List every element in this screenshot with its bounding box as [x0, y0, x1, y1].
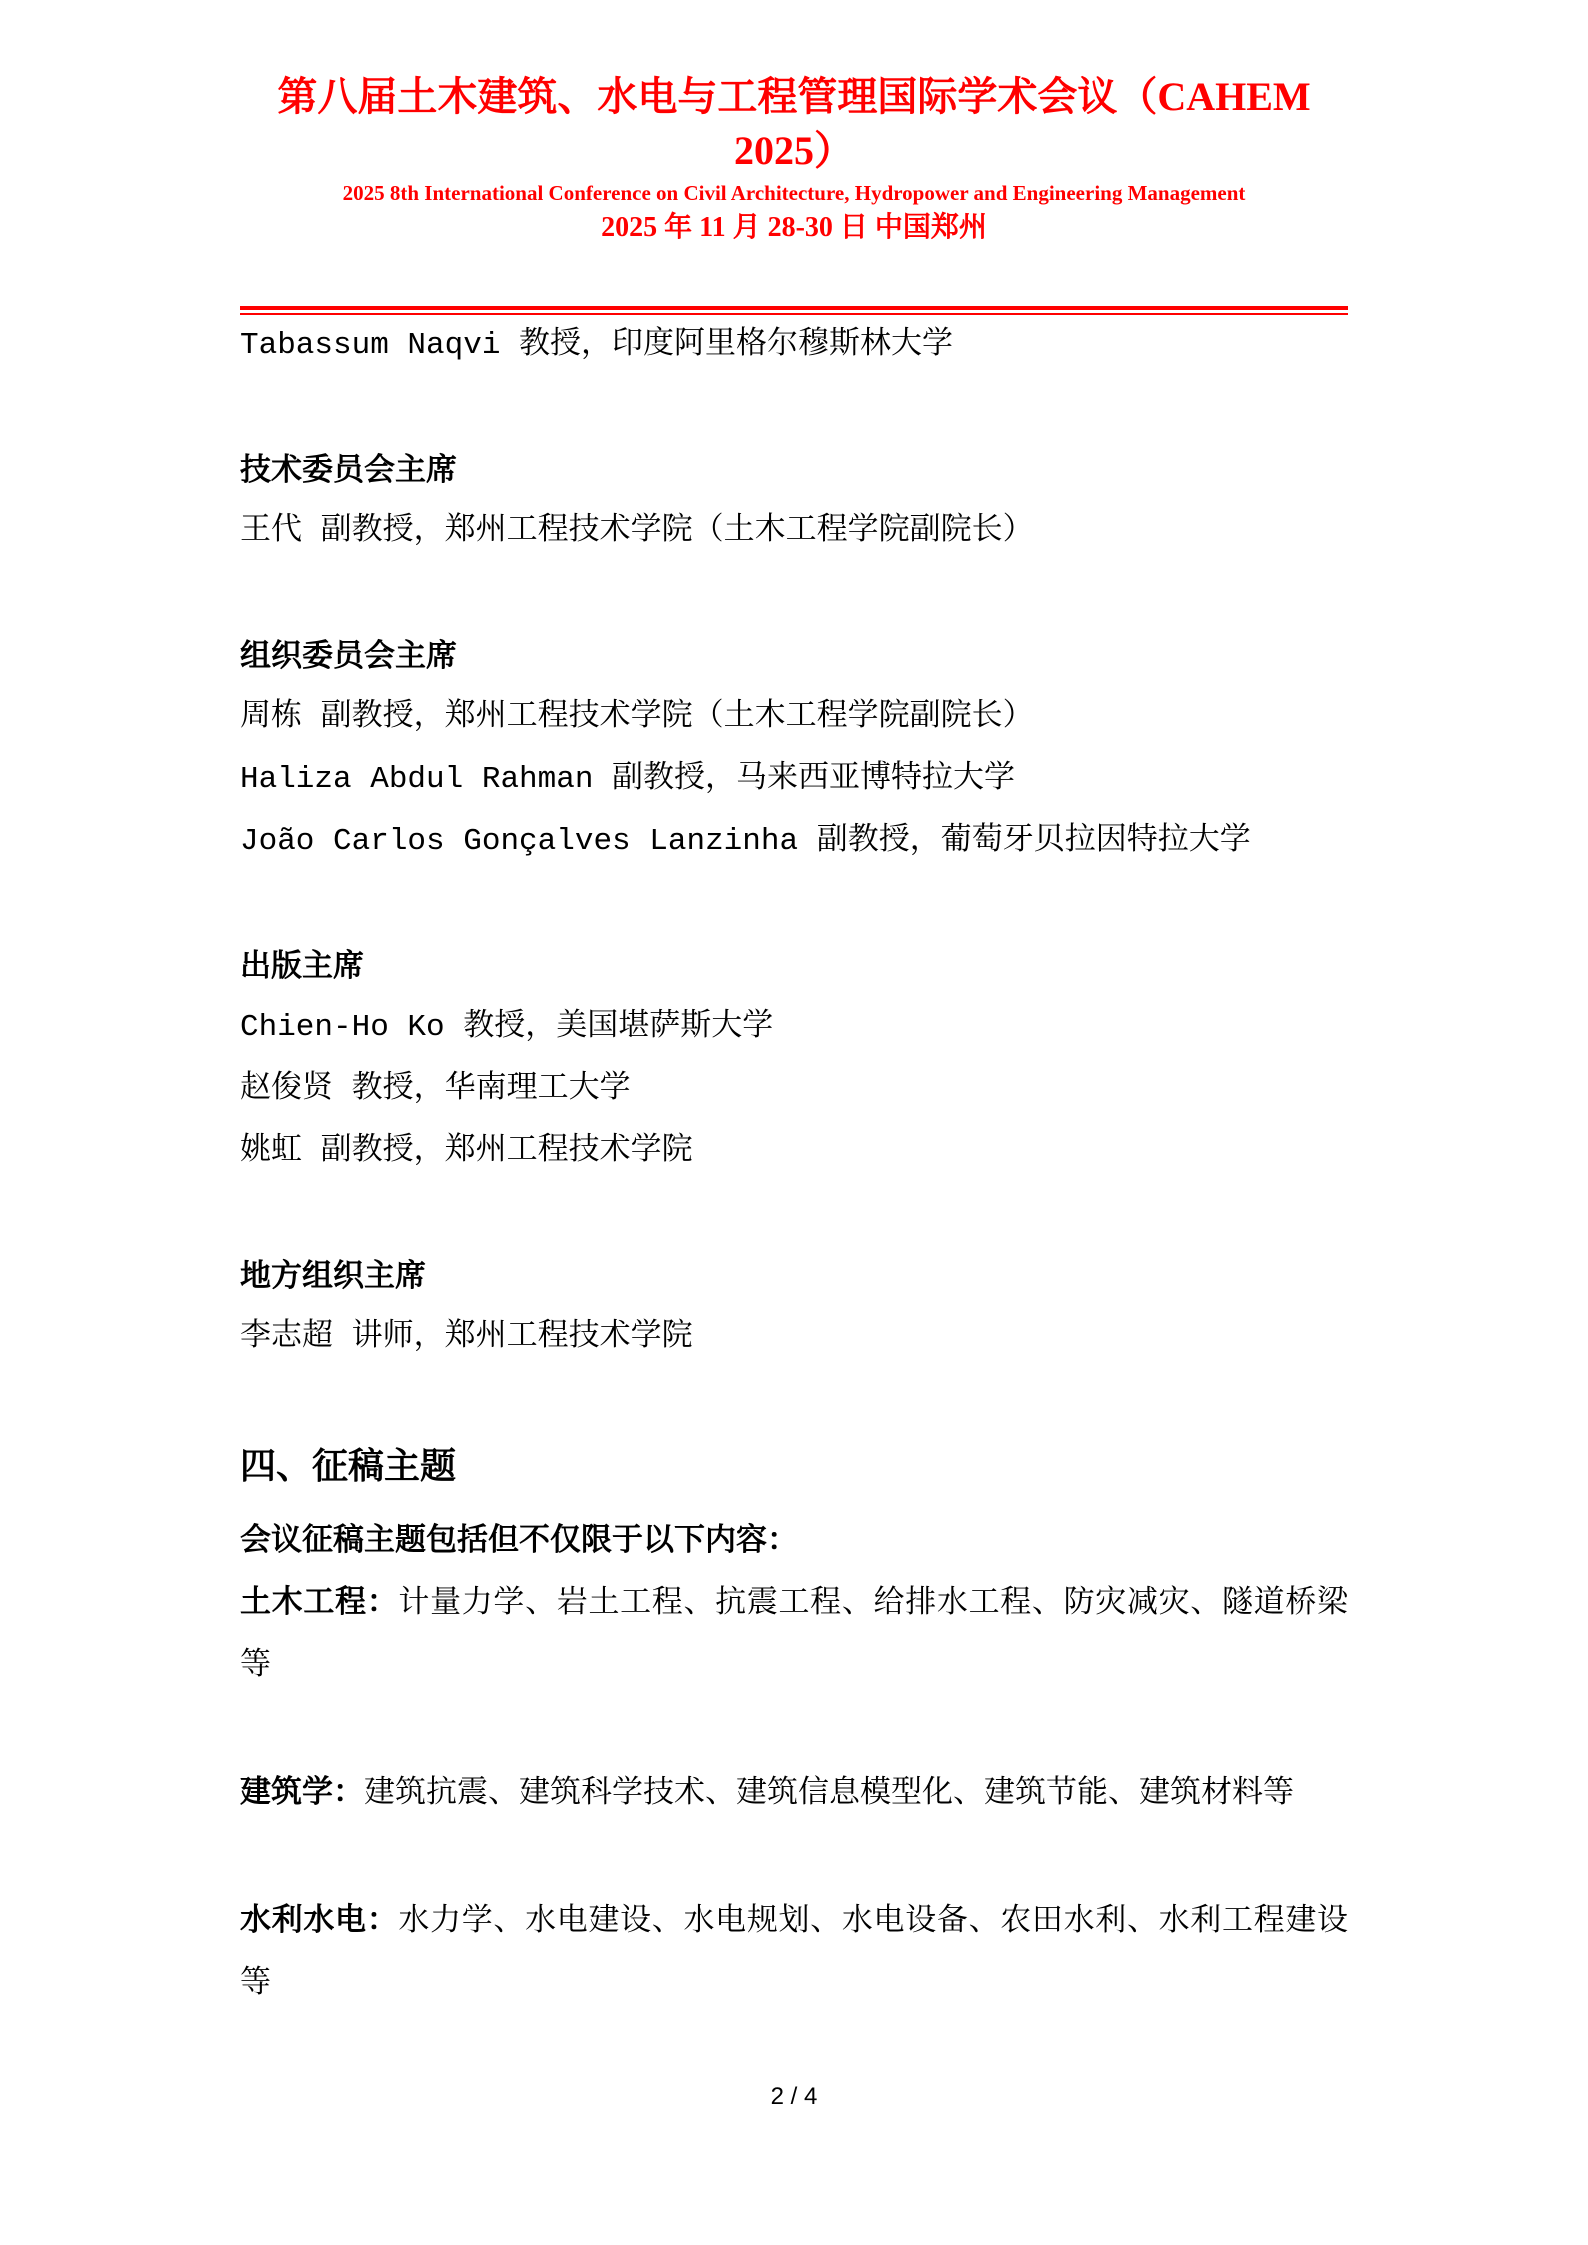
committee-member: Tabassum Naqvi 教授，印度阿里格尔穆斯林大学: [240, 315, 1348, 377]
document-body: Tabassum Naqvi 教授，印度阿里格尔穆斯林大学 技术委员会主席 王代…: [240, 315, 1348, 2013]
topic-item-hydropower: 水利水电：水力学、水电建设、水电规划、水电设备、农田水利、水利工程建设等: [240, 1889, 1348, 2013]
topic-label: 建筑学：: [240, 1774, 364, 1809]
committee-member: 赵俊贤 教授，华南理工大学: [240, 1059, 1348, 1121]
committee-member: João Carlos Gonçalves Lanzinha 副教授，葡萄牙贝拉…: [240, 811, 1348, 873]
topic-item-civil-engineering: 土木工程：计量力学、岩土工程、抗震工程、给排水工程、防灾减灾、隧道桥梁等: [240, 1571, 1348, 1695]
committee-member: 王代 副教授，郑州工程技术学院（土木工程学院副院长）: [240, 501, 1348, 563]
topic-content: 水力学、水电建设、水电规划、水电设备、农田水利、水利工程建设等: [240, 1902, 1348, 1999]
page-number: 2 / 4: [0, 2082, 1588, 2112]
committee-section-heading: 技术委员会主席: [240, 439, 1348, 501]
committee-section-heading: 组织委员会主席: [240, 625, 1348, 687]
committee-section-organizing: 组织委员会主席 周栋 副教授，郑州工程技术学院（土木工程学院副院长） Haliz…: [240, 625, 1348, 873]
letterhead-divider: [240, 306, 1348, 315]
topic-label: 土木工程：: [240, 1584, 398, 1619]
committee-member: 周栋 副教授，郑州工程技术学院（土木工程学院副院长）: [240, 687, 1348, 749]
committee-member: Chien-Ho Ko 教授，美国堪萨斯大学: [240, 997, 1348, 1059]
committee-section-heading: 地方组织主席: [240, 1245, 1348, 1307]
committee-member: Haliza Abdul Rahman 副教授，马来西亚博特拉大学: [240, 749, 1348, 811]
document-page: 第八届土木建筑、水电与工程管理国际学术会议（CAHEM 2025） 2025 8…: [0, 0, 1588, 2245]
committee-section-technical: 技术委员会主席 王代 副教授，郑州工程技术学院（土木工程学院副院长）: [240, 439, 1348, 563]
committee-section-local: 地方组织主席 李志超 讲师，郑州工程技术学院: [240, 1245, 1348, 1369]
topic-item-architecture: 建筑学：建筑抗震、建筑科学技术、建筑信息模型化、建筑节能、建筑材料等: [240, 1761, 1348, 1823]
conference-title-en: 2025 8th International Conference on Civ…: [240, 178, 1348, 208]
committee-member: 姚虹 副教授，郑州工程技术学院: [240, 1121, 1348, 1183]
committee-member: 李志超 讲师，郑州工程技术学院: [240, 1307, 1348, 1369]
topics-intro: 会议征稿主题包括但不仅限于以下内容：: [240, 1509, 1348, 1571]
conference-title-cn: 第八届土木建筑、水电与工程管理国际学术会议（CAHEM 2025）: [240, 70, 1348, 178]
topic-content: 计量力学、岩土工程、抗震工程、给排水工程、防灾减灾、隧道桥梁等: [240, 1584, 1348, 1681]
committee-section-publication: 出版主席 Chien-Ho Ko 教授，美国堪萨斯大学 赵俊贤 教授，华南理工大…: [240, 935, 1348, 1183]
committee-section-heading: 出版主席: [240, 935, 1348, 997]
topics-section-heading: 四、征稿主题: [240, 1431, 1348, 1501]
topic-content: 建筑抗震、建筑科学技术、建筑信息模型化、建筑节能、建筑材料等: [364, 1774, 1294, 1809]
document-letterhead: 第八届土木建筑、水电与工程管理国际学术会议（CAHEM 2025） 2025 8…: [240, 70, 1348, 315]
conference-date-location: 2025 年 11 月 28-30 日 中国郑州: [240, 208, 1348, 248]
topic-label: 水利水电：: [240, 1902, 398, 1937]
